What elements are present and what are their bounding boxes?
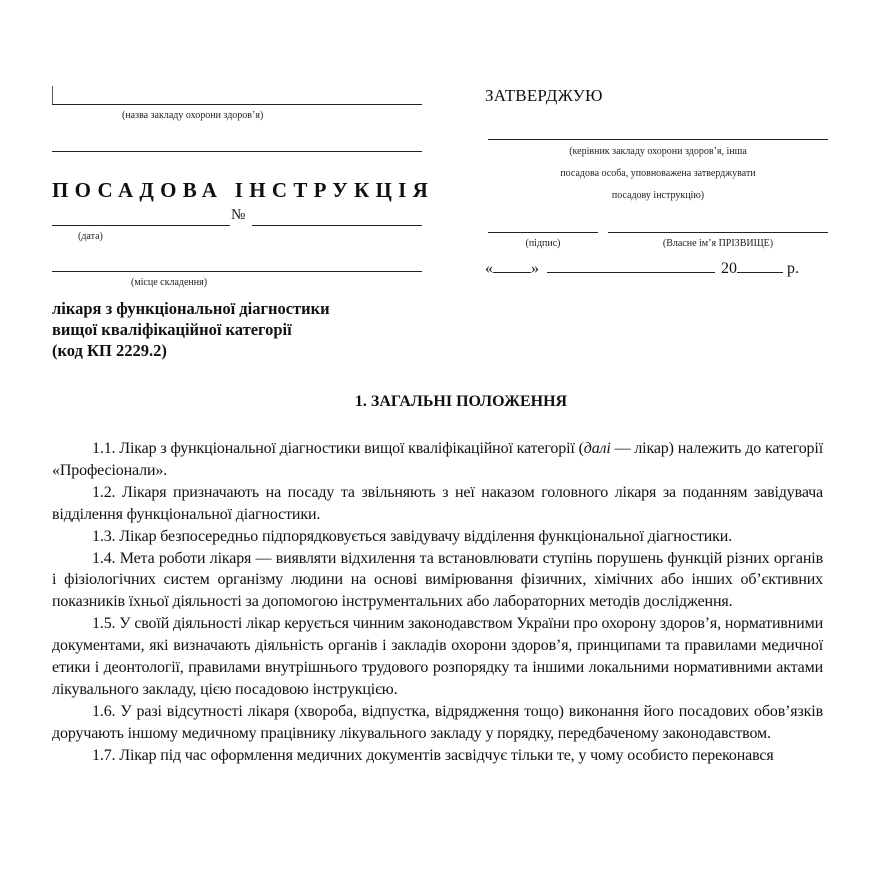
signature-caption: (підпис) bbox=[488, 238, 598, 249]
date-caption: (дата) bbox=[78, 231, 103, 242]
signature-field[interactable] bbox=[488, 232, 598, 233]
clause-1-5: 1.5. У своїй діяльності лікар керується … bbox=[52, 613, 823, 701]
approval-date-row: «» 20 р. bbox=[485, 258, 799, 278]
position-title-line2: вищої кваліфікаційної категорії bbox=[52, 319, 330, 340]
section-heading-general: 1. ЗАГАЛЬНІ ПОЛОЖЕННЯ bbox=[0, 393, 877, 411]
open-quote: « bbox=[485, 260, 493, 277]
clause-1-6: 1.6. У разі відсутності лікаря (хвороба,… bbox=[52, 701, 823, 745]
close-quote: » bbox=[531, 260, 539, 277]
approver-name-field[interactable] bbox=[608, 232, 828, 233]
text-cursor bbox=[52, 86, 53, 104]
institution-caption: (назва закладу охорони здоров’я) bbox=[122, 110, 263, 121]
year-prefix: 20 bbox=[721, 260, 737, 277]
approver-caption-line3: посадову інструкцію) bbox=[488, 190, 828, 201]
institution-name-field-line2[interactable] bbox=[52, 151, 422, 152]
clause-1-3: 1.3. Лікар безпосередньо підпорядковуєть… bbox=[52, 526, 823, 548]
position-code: (код КП 2229.2) bbox=[52, 340, 330, 361]
clause-1-2: 1.2. Лікаря призначають на посаду та зві… bbox=[52, 482, 823, 526]
approval-day-field[interactable] bbox=[493, 258, 531, 273]
approval-month-field[interactable] bbox=[547, 258, 715, 273]
approval-year-field[interactable] bbox=[737, 258, 783, 273]
position-title-line1: лікаря з функціональної діагностики bbox=[52, 298, 330, 319]
place-field[interactable] bbox=[52, 271, 422, 272]
clause-1-1-italic: далі bbox=[584, 440, 611, 457]
clause-1-7: 1.7. Лікар під час оформлення медичних д… bbox=[52, 745, 823, 767]
name-caption: (Власне ім’я ПРІЗВИЩЕ) bbox=[608, 238, 828, 249]
approver-field[interactable] bbox=[488, 139, 828, 140]
clause-1-1: 1.1. Лікар з функціональної діагностики … bbox=[52, 438, 823, 482]
clause-1-4: 1.4. Мета роботи лікаря — виявляти відхи… bbox=[52, 548, 823, 614]
clause-1-1-text-a: 1.1. Лікар з функціональної діагностики … bbox=[92, 440, 584, 457]
position-title: лікаря з функціональної діагностики вищо… bbox=[52, 298, 330, 361]
place-caption: (місце складення) bbox=[131, 277, 207, 288]
number-sign: № bbox=[231, 207, 245, 224]
institution-name-field[interactable] bbox=[52, 104, 422, 105]
date-field[interactable] bbox=[52, 225, 230, 226]
approve-label: ЗАТВЕРДЖУЮ bbox=[485, 86, 603, 106]
document-number-field[interactable] bbox=[252, 225, 422, 226]
section-body: 1.1. Лікар з функціональної діагностики … bbox=[52, 438, 823, 767]
year-suffix: р. bbox=[787, 260, 799, 277]
document-title: ПОСАДОВА ІНСТРУКЦІЯ bbox=[52, 178, 434, 203]
approver-caption-line2: посадова особа, уповноважена затверджува… bbox=[488, 168, 828, 179]
approver-caption-line1: (керівник закладу охорони здоров’я, інша bbox=[488, 146, 828, 157]
